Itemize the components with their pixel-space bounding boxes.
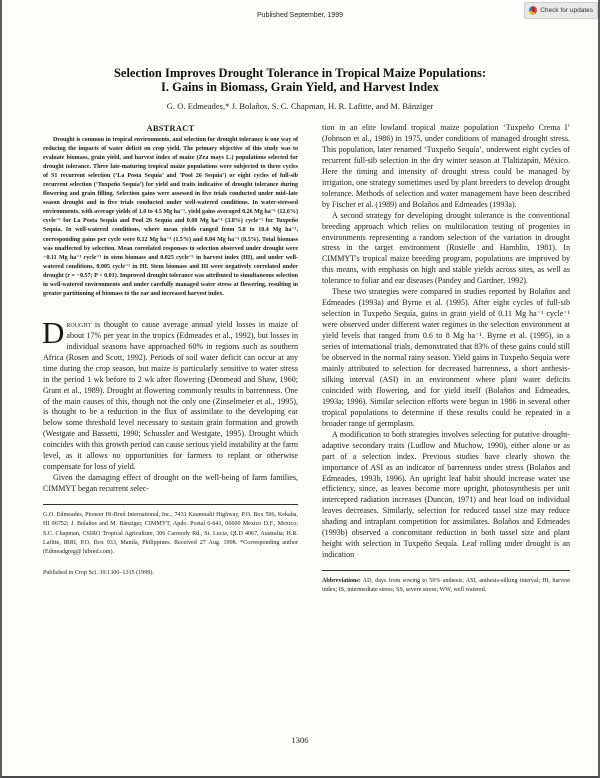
document-page: Published September, 1999 Check for upda…: [2, 0, 598, 778]
abbreviations: Abbreviations: AD, days from sowing to 5…: [322, 577, 570, 595]
intro-paragraph: Drought is thought to cause average annu…: [43, 320, 298, 473]
right-paragraph-1: tion in an elite lowland tropical maize …: [322, 123, 570, 211]
abstract-heading: ABSTRACT: [43, 124, 298, 133]
author-list: G. O. Edmeades,* J. Bolaños, S. C. Chapm…: [2, 101, 598, 111]
abstract-text: Drought is common in tropical environmen…: [43, 136, 298, 299]
right-column: tion in an elite lowland tropical maize …: [322, 123, 570, 596]
paper-title: Selection Improves Drought Tolerance in …: [2, 66, 598, 94]
right-paragraph-4: A modification to both strategies involv…: [322, 430, 570, 561]
page-number: 1306: [2, 735, 598, 745]
title-line-2: I. Gains in Biomass, Grain Yield, and Ha…: [2, 80, 598, 94]
published-date: Published September, 1999: [2, 12, 598, 19]
author-affiliations: G.O. Edmeades, Pioneer Hi-Bred Internati…: [43, 511, 298, 557]
intro-smallcaps: rought: [66, 320, 91, 329]
check-for-updates-label: Check for updates: [540, 7, 593, 14]
body-paragraph-2: Given the damaging effect of drought on …: [43, 473, 298, 495]
intro-text: is thought to cause average annual yield…: [43, 320, 298, 471]
abbreviations-divider: [322, 570, 570, 571]
drop-cap: D: [42, 321, 64, 345]
footnote-divider: [43, 504, 298, 505]
abbreviations-label: Abbreviations:: [322, 578, 361, 584]
publication-info: Published in Crop Sci. 39:1306–1315 (199…: [43, 569, 298, 578]
right-paragraph-2: A second strategy for developing drought…: [322, 211, 570, 288]
crossmark-icon: [529, 6, 537, 15]
left-column: ABSTRACT Drought is common in tropical e…: [43, 124, 298, 578]
title-line-1: Selection Improves Drought Tolerance in …: [2, 66, 598, 80]
check-for-updates-button[interactable]: Check for updates: [524, 2, 598, 19]
right-paragraph-3: These two strategies were compared in st…: [322, 287, 570, 429]
